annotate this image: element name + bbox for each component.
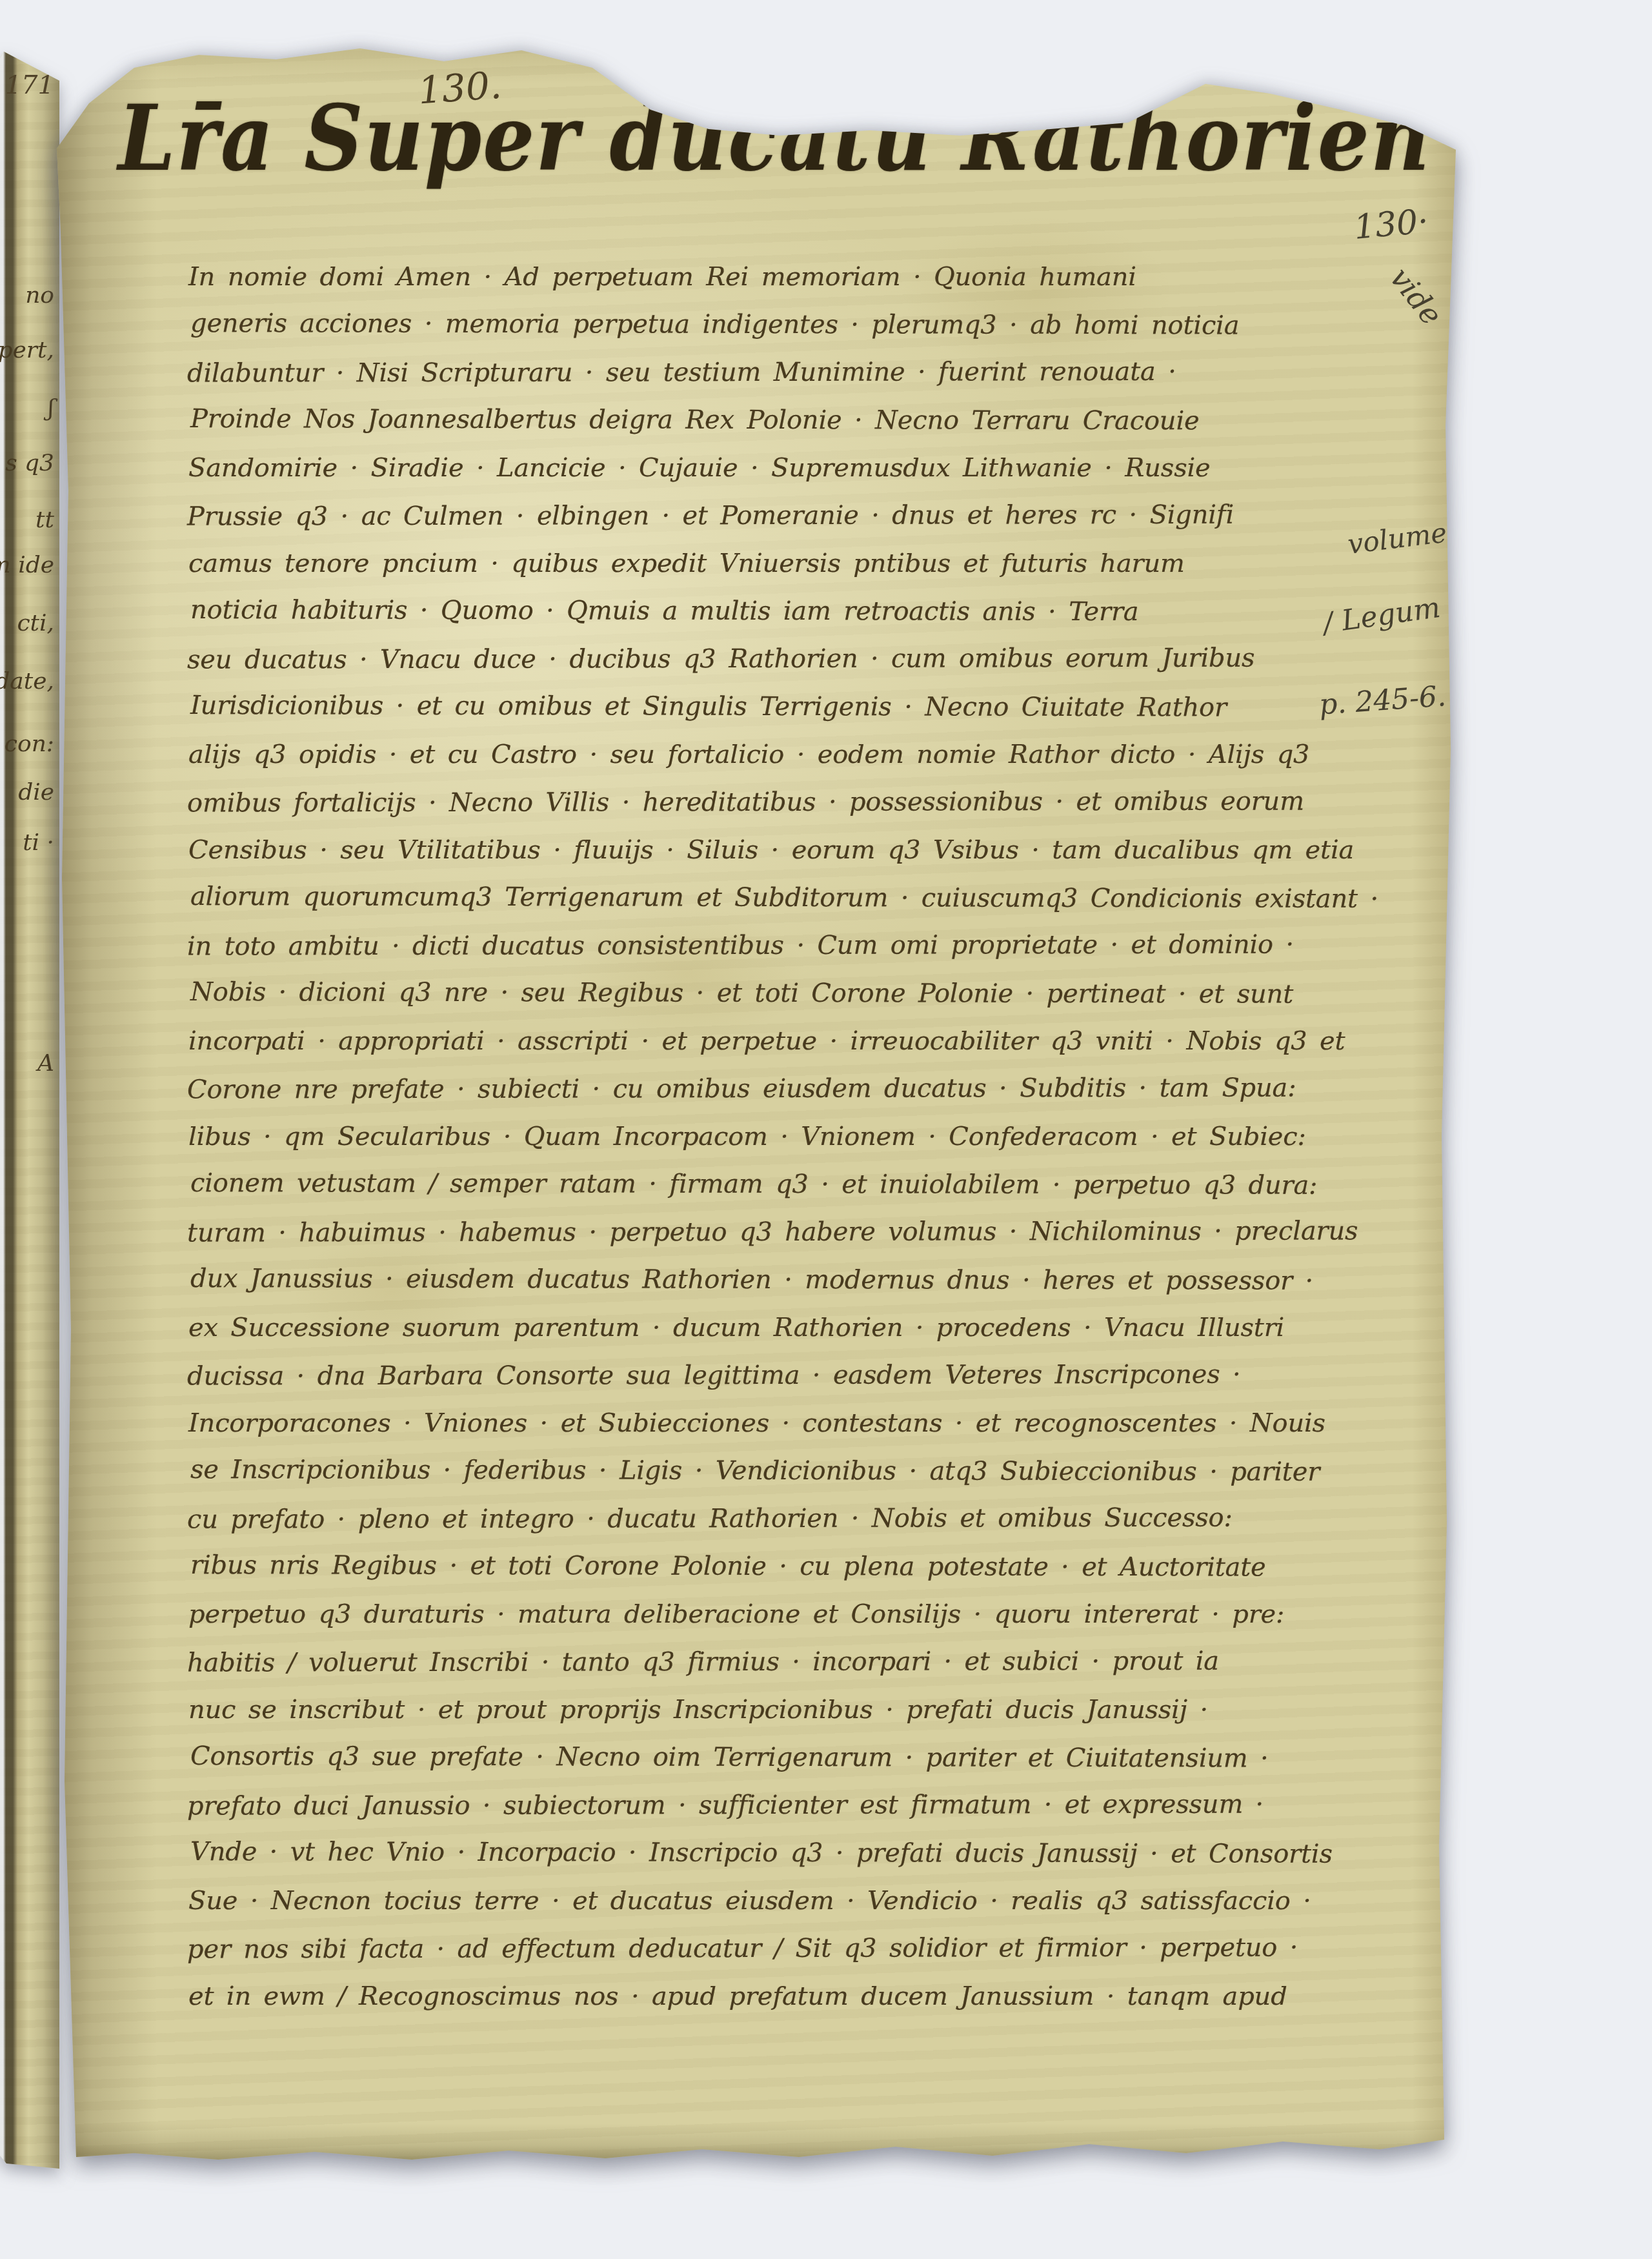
body-line: cionem vetustam / semper ratam · firmam … xyxy=(190,1159,1365,1210)
body-line: omibus fortalicijs · Necno Villis · here… xyxy=(187,777,1362,827)
body-line: turam · habuimus · habemus · perpetuo q3… xyxy=(187,1207,1362,1257)
body-line: libus · qm Secularibus · Quam Incorpacom… xyxy=(188,1113,1363,1160)
body-line: generis acciones · memoria perpetua indi… xyxy=(190,299,1365,350)
body-line: cu prefato · pleno et integro · ducatu R… xyxy=(187,1494,1362,1543)
body-line: Censibus · seu Vtilitatibus · fluuijs · … xyxy=(188,826,1363,874)
body-line: et in ewm / Recognoscimus nos · apud pre… xyxy=(188,1972,1363,2020)
body-line: seu ducatus · Vnacu duce · ducibus q3 Ra… xyxy=(187,634,1362,684)
margin-note-volumen: volumen xyxy=(1346,514,1466,560)
body-line: Iurisdicionibus · et cu omibus et Singul… xyxy=(190,682,1365,732)
margin-folio-number: 130· xyxy=(1353,202,1431,247)
body-line: dux Janussius · eiusdem ducatus Rathorie… xyxy=(190,1255,1365,1305)
body-line: Nobis · dicioni q3 nre · seu Regibus · e… xyxy=(190,968,1365,1018)
body-line: per nos sibi facta · ad effectum deducat… xyxy=(187,1923,1362,1973)
body-line: in toto ambitu · dicti ducatus consisten… xyxy=(187,920,1362,970)
body-line: ducissa · dna Barbara Consorte sua legit… xyxy=(187,1350,1362,1400)
body-line: noticia habituris · Quomo · Qmuis a mult… xyxy=(190,586,1365,636)
body-line: Sandomirie · Siradie · Lancicie · Cujaui… xyxy=(188,444,1363,492)
manuscript-page: 130. Lr̄a Super ducatū Rathorieñ 130· … xyxy=(57,39,1457,2162)
body-line: Vnde · vt hec Vnio · Incorpacio · Inscri… xyxy=(190,1828,1365,1878)
body-line: Incorporacones · Vniones · et Subieccion… xyxy=(188,1399,1363,1447)
body-line: prefato duci Janussio · subiectorum · su… xyxy=(187,1780,1362,1830)
page-heading: Lr̄a Super ducatū Rathorieñ xyxy=(118,70,1254,207)
body-line: incorpati · appropriati · asscripti · et… xyxy=(188,1017,1363,1065)
manuscript-scan: 171 noepert,ʃs q3ttm idecti,date,con:die… xyxy=(0,0,1652,2259)
body-line: se Inscripcionibus · federibus · Ligis ·… xyxy=(190,1446,1365,1496)
body-line: Consortis q3 sue prefate · Necno oim Ter… xyxy=(190,1732,1365,1783)
body-line: perpetuo q3 duraturis · matura deliberac… xyxy=(188,1590,1363,1638)
body-line: ex Successione suorum parentum · ducum R… xyxy=(188,1304,1363,1352)
body-line: Sue · Necnon tocius terre · et ducatus e… xyxy=(188,1877,1363,1925)
body-line: dilabuntur · Nisi Scripturaru · seu test… xyxy=(187,347,1362,397)
body-line: alijs q3 opidis · et cu Castro · seu for… xyxy=(188,731,1363,778)
body-line: Proinde Nos Joannesalbertus deigra Rex P… xyxy=(190,395,1365,445)
body-text: In nomie domi Amen · Ad perpetuam Rei me… xyxy=(188,253,1363,2020)
body-line: Prussie q3 · ac Culmen · elbingen · et P… xyxy=(187,491,1362,540)
body-line: camus tenore pncium · quibus expedit Vni… xyxy=(188,540,1363,587)
body-line: aliorum quorumcumq3 Terrigenarum et Subd… xyxy=(190,873,1365,923)
margin-note-vide: vide xyxy=(1383,261,1449,332)
body-line: Corone nre prefate · subiecti · cu omibu… xyxy=(187,1064,1362,1113)
body-line: nuc se inscribut · et prout proprijs Ins… xyxy=(188,1686,1363,1734)
leaf-wrap: 130. Lr̄a Super ducatū Rathorieñ 130· … xyxy=(0,0,1400,2123)
body-line: In nomie domi Amen · Ad perpetuam Rei me… xyxy=(188,253,1363,301)
body-line: habitis / voluerut Inscribi · tanto q3 f… xyxy=(187,1637,1362,1687)
body-line: ribus nris Regibus · et toti Corone Polo… xyxy=(190,1541,1365,1592)
